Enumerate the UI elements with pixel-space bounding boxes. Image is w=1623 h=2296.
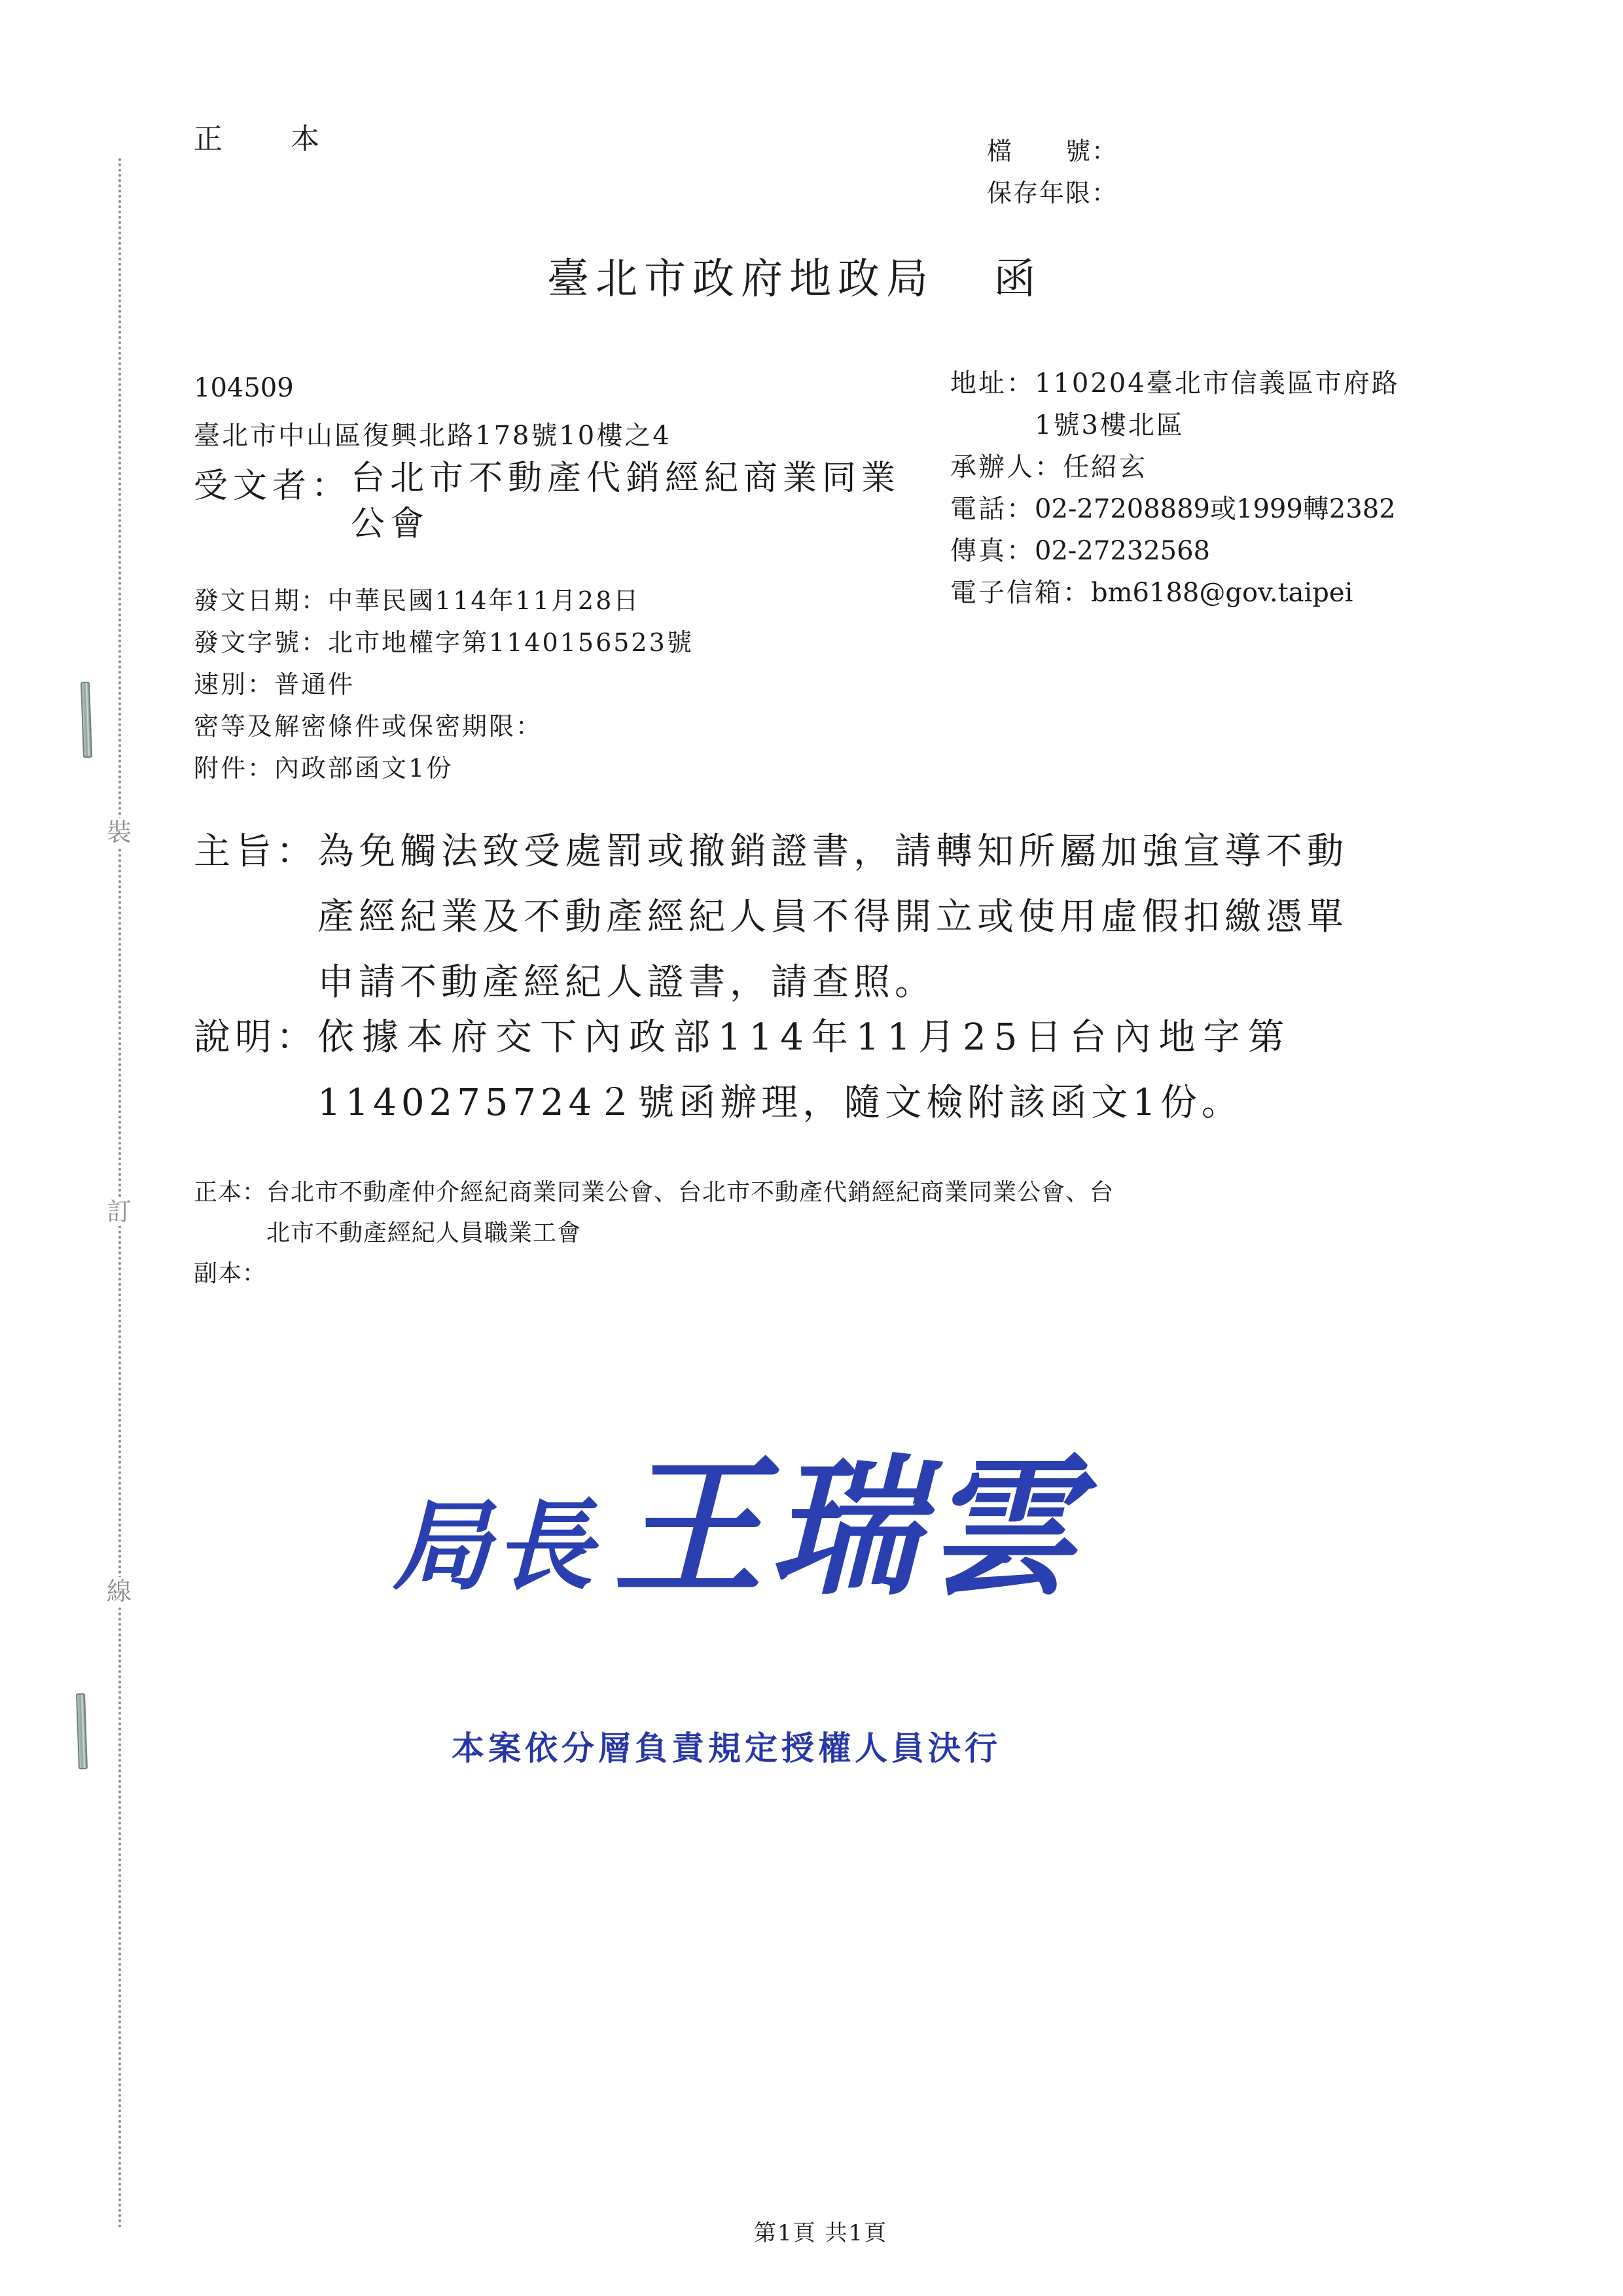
director-signature-stamp: 局長王瑞雲	[393, 1407, 1084, 1623]
authorization-note: 本案依分層負責規定授權人員決行	[452, 1722, 1001, 1769]
document-number-label: 發文字號：	[194, 622, 328, 663]
fax-label: 傳真：	[950, 530, 1035, 572]
sender-address-label: 地址：	[950, 362, 1035, 446]
binding-mark-ding: 訂	[105, 1197, 134, 1226]
speed-value: 普通件	[274, 663, 355, 705]
explanation-line-2: 1140275724２號函辦理，隨文檢附該函文1份。	[317, 1070, 1292, 1136]
page-number: 第1頁 共1頁	[754, 2215, 887, 2247]
original-recipients-line-1: 台北市不動產仲介經紀商業同業公會、台北市不動產代銷經紀商業同業公會、台	[266, 1173, 1114, 1213]
sender-address-line2: 1號3樓北區	[1035, 404, 1400, 446]
speed-label: 速別：	[194, 663, 274, 705]
distribution-section: 正本： 台北市不動產仲介經紀商業同業公會、台北市不動產代銷經紀商業同業公會、台 …	[194, 1173, 1114, 1294]
title-organization: 臺北市政府地政局	[547, 255, 935, 304]
document-title: 臺北市政府地政局 函	[547, 245, 1042, 306]
subject-line-1: 為免觸法致受處罰或撤銷證書，請轉知所屬加強宣導不動	[317, 819, 1348, 885]
document-meta: 發文日期： 中華民國114年11月28日 發文字號： 北市地權字第1140156…	[194, 580, 694, 789]
copy-type-label: 正 本	[194, 115, 339, 157]
attachment-label: 附件：	[194, 747, 274, 789]
title-document-type: 函	[993, 255, 1042, 304]
recipient-field: 受文者： 台北市不動產代銷經紀商業同業公會	[194, 458, 933, 547]
binding-dotted-line	[118, 158, 121, 2230]
copy-recipients-label: 副本：	[194, 1254, 266, 1294]
recipient-address: 臺北市中山區復興北路178號10樓之4	[194, 415, 671, 452]
attachment-value: 內政部函文1份	[274, 747, 453, 789]
sender-contact-block: 地址： 110204臺北市信義區市府路 1號3樓北區 承辦人： 任紹玄 電話： …	[950, 362, 1474, 614]
original-recipients-line-2: 北市不動產經紀人員職業工會	[266, 1213, 1114, 1254]
sender-address-line1: 110204臺北市信義區市府路	[1035, 362, 1400, 404]
handler-label: 承辦人：	[950, 446, 1063, 488]
handler-name: 任紹玄	[1063, 446, 1147, 488]
secrecy-label: 密等及解密條件或保密期限：	[194, 705, 543, 747]
subject-section: 主旨： 為免觸法致受處罰或撤銷證書，請轉知所屬加強宣導不動 產經紀業及不動產經紀…	[194, 819, 1348, 1016]
binding-mark-xian: 線	[105, 1577, 134, 1606]
explanation-label: 說明：	[194, 1005, 317, 1136]
issue-date-label: 發文日期：	[194, 580, 328, 622]
phone-value: 02-27208889或1999轉2382	[1035, 488, 1396, 530]
signature-title: 局長	[393, 1489, 597, 1604]
explanation-section: 說明： 依據本府交下內政部114年11月25日台內地字第 1140275724２…	[194, 1005, 1292, 1136]
original-recipients-label: 正本：	[194, 1173, 266, 1254]
email-label: 電子信箱：	[950, 572, 1091, 614]
email-value: bm6188@gov.taipei	[1091, 572, 1353, 614]
subject-label: 主旨：	[194, 819, 317, 1016]
retention-period-label: 保存年限：	[987, 173, 1118, 209]
recipient-postal-code: 104509	[194, 373, 294, 403]
fax-value: 02-27232568	[1035, 530, 1210, 572]
issue-date-value: 中華民國114年11月28日	[328, 580, 640, 622]
recipient-name: 台北市不動產代銷經紀商業同業公會	[351, 455, 933, 547]
staple-icon-top	[80, 682, 92, 758]
document-number-value: 北市地權字第1140156523號	[328, 622, 694, 663]
staple-icon-bottom	[76, 1693, 88, 1769]
recipient-label: 受文者：	[194, 458, 351, 547]
file-number-label: 檔 號：	[987, 131, 1118, 167]
subject-line-2: 產經紀業及不動產經紀人員不得開立或使用虛假扣繳憑單	[317, 885, 1348, 950]
explanation-line-1: 依據本府交下內政部114年11月25日台內地字第	[317, 1005, 1292, 1070]
binding-mark-zhuang: 裝	[105, 818, 134, 847]
signature-name: 王瑞雲	[613, 1439, 1084, 1616]
phone-label: 電話：	[950, 488, 1035, 530]
